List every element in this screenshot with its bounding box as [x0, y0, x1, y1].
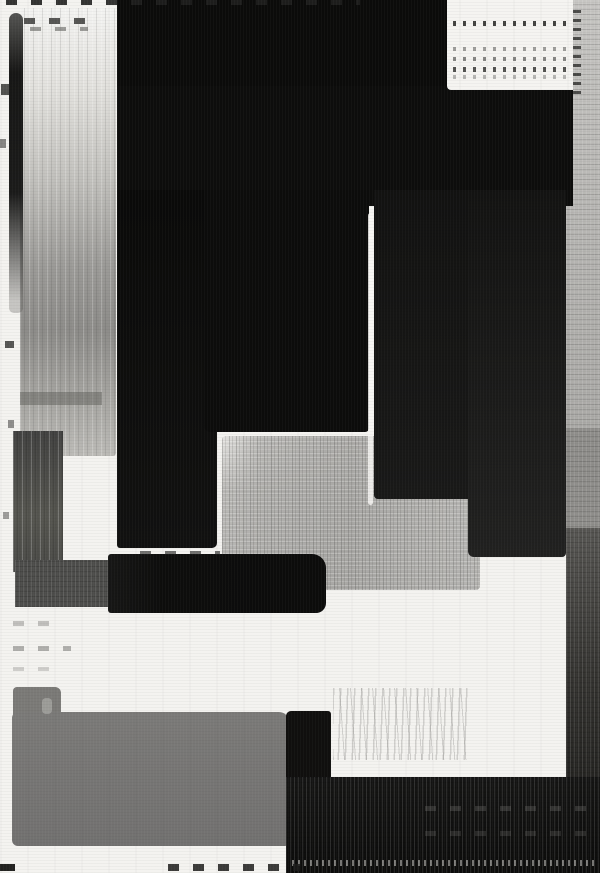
- mid-scribble-3: [13, 667, 59, 671]
- dark-gray-block: [13, 431, 63, 572]
- topleft-scribble-a: [24, 18, 92, 24]
- gray-block-light-mark: [42, 698, 52, 714]
- bottom-faint-scribble: [333, 688, 468, 760]
- artwork-canvas: [0, 0, 600, 873]
- top-edge-dash-row: [6, 0, 360, 5]
- mid-scribble-2: [13, 646, 71, 651]
- dark-column-right: [468, 190, 566, 557]
- gray-block: [12, 712, 289, 846]
- band-dash-row-2: [425, 831, 595, 836]
- black-mass-top: [117, 0, 448, 100]
- dot-row-2: [453, 47, 569, 51]
- dot-row-1: [453, 21, 569, 26]
- bottom-black-band: [286, 777, 600, 873]
- white-gap-line: [368, 213, 373, 505]
- dot-row-3: [453, 57, 569, 61]
- left-edge-mark-2: [0, 139, 6, 148]
- dot-row-4: [453, 67, 569, 72]
- bottomleft-dash-row: [168, 864, 300, 871]
- black-bar: [108, 554, 326, 613]
- right-margin-dot-column: [572, 4, 581, 94]
- gradient-column: [20, 8, 116, 456]
- band-white-tick-row: [292, 860, 598, 866]
- band-dash-row-1: [425, 806, 595, 811]
- left-edge-mark-4: [8, 420, 14, 428]
- left-edge-mark-1: [1, 84, 9, 95]
- dark-column-left: [374, 190, 481, 499]
- hatch-strip: [15, 560, 119, 607]
- mid-scribble-1: [13, 621, 63, 626]
- bar-top-dash-row: [140, 551, 220, 555]
- left-edge-mark-3: [5, 341, 14, 348]
- topleft-scribble-b: [30, 27, 88, 31]
- dot-row-5: [453, 75, 569, 79]
- gradient-column-band: [20, 392, 102, 405]
- left-black-stroke: [9, 13, 23, 313]
- black-mass-mid: [204, 190, 369, 432]
- left-edge-mark-5: [3, 512, 9, 519]
- bottomleft-corner-mark: [0, 864, 15, 871]
- right-margin-mid: [566, 428, 600, 532]
- black-mass-left: [117, 190, 217, 548]
- black-mass-wide: [117, 86, 573, 206]
